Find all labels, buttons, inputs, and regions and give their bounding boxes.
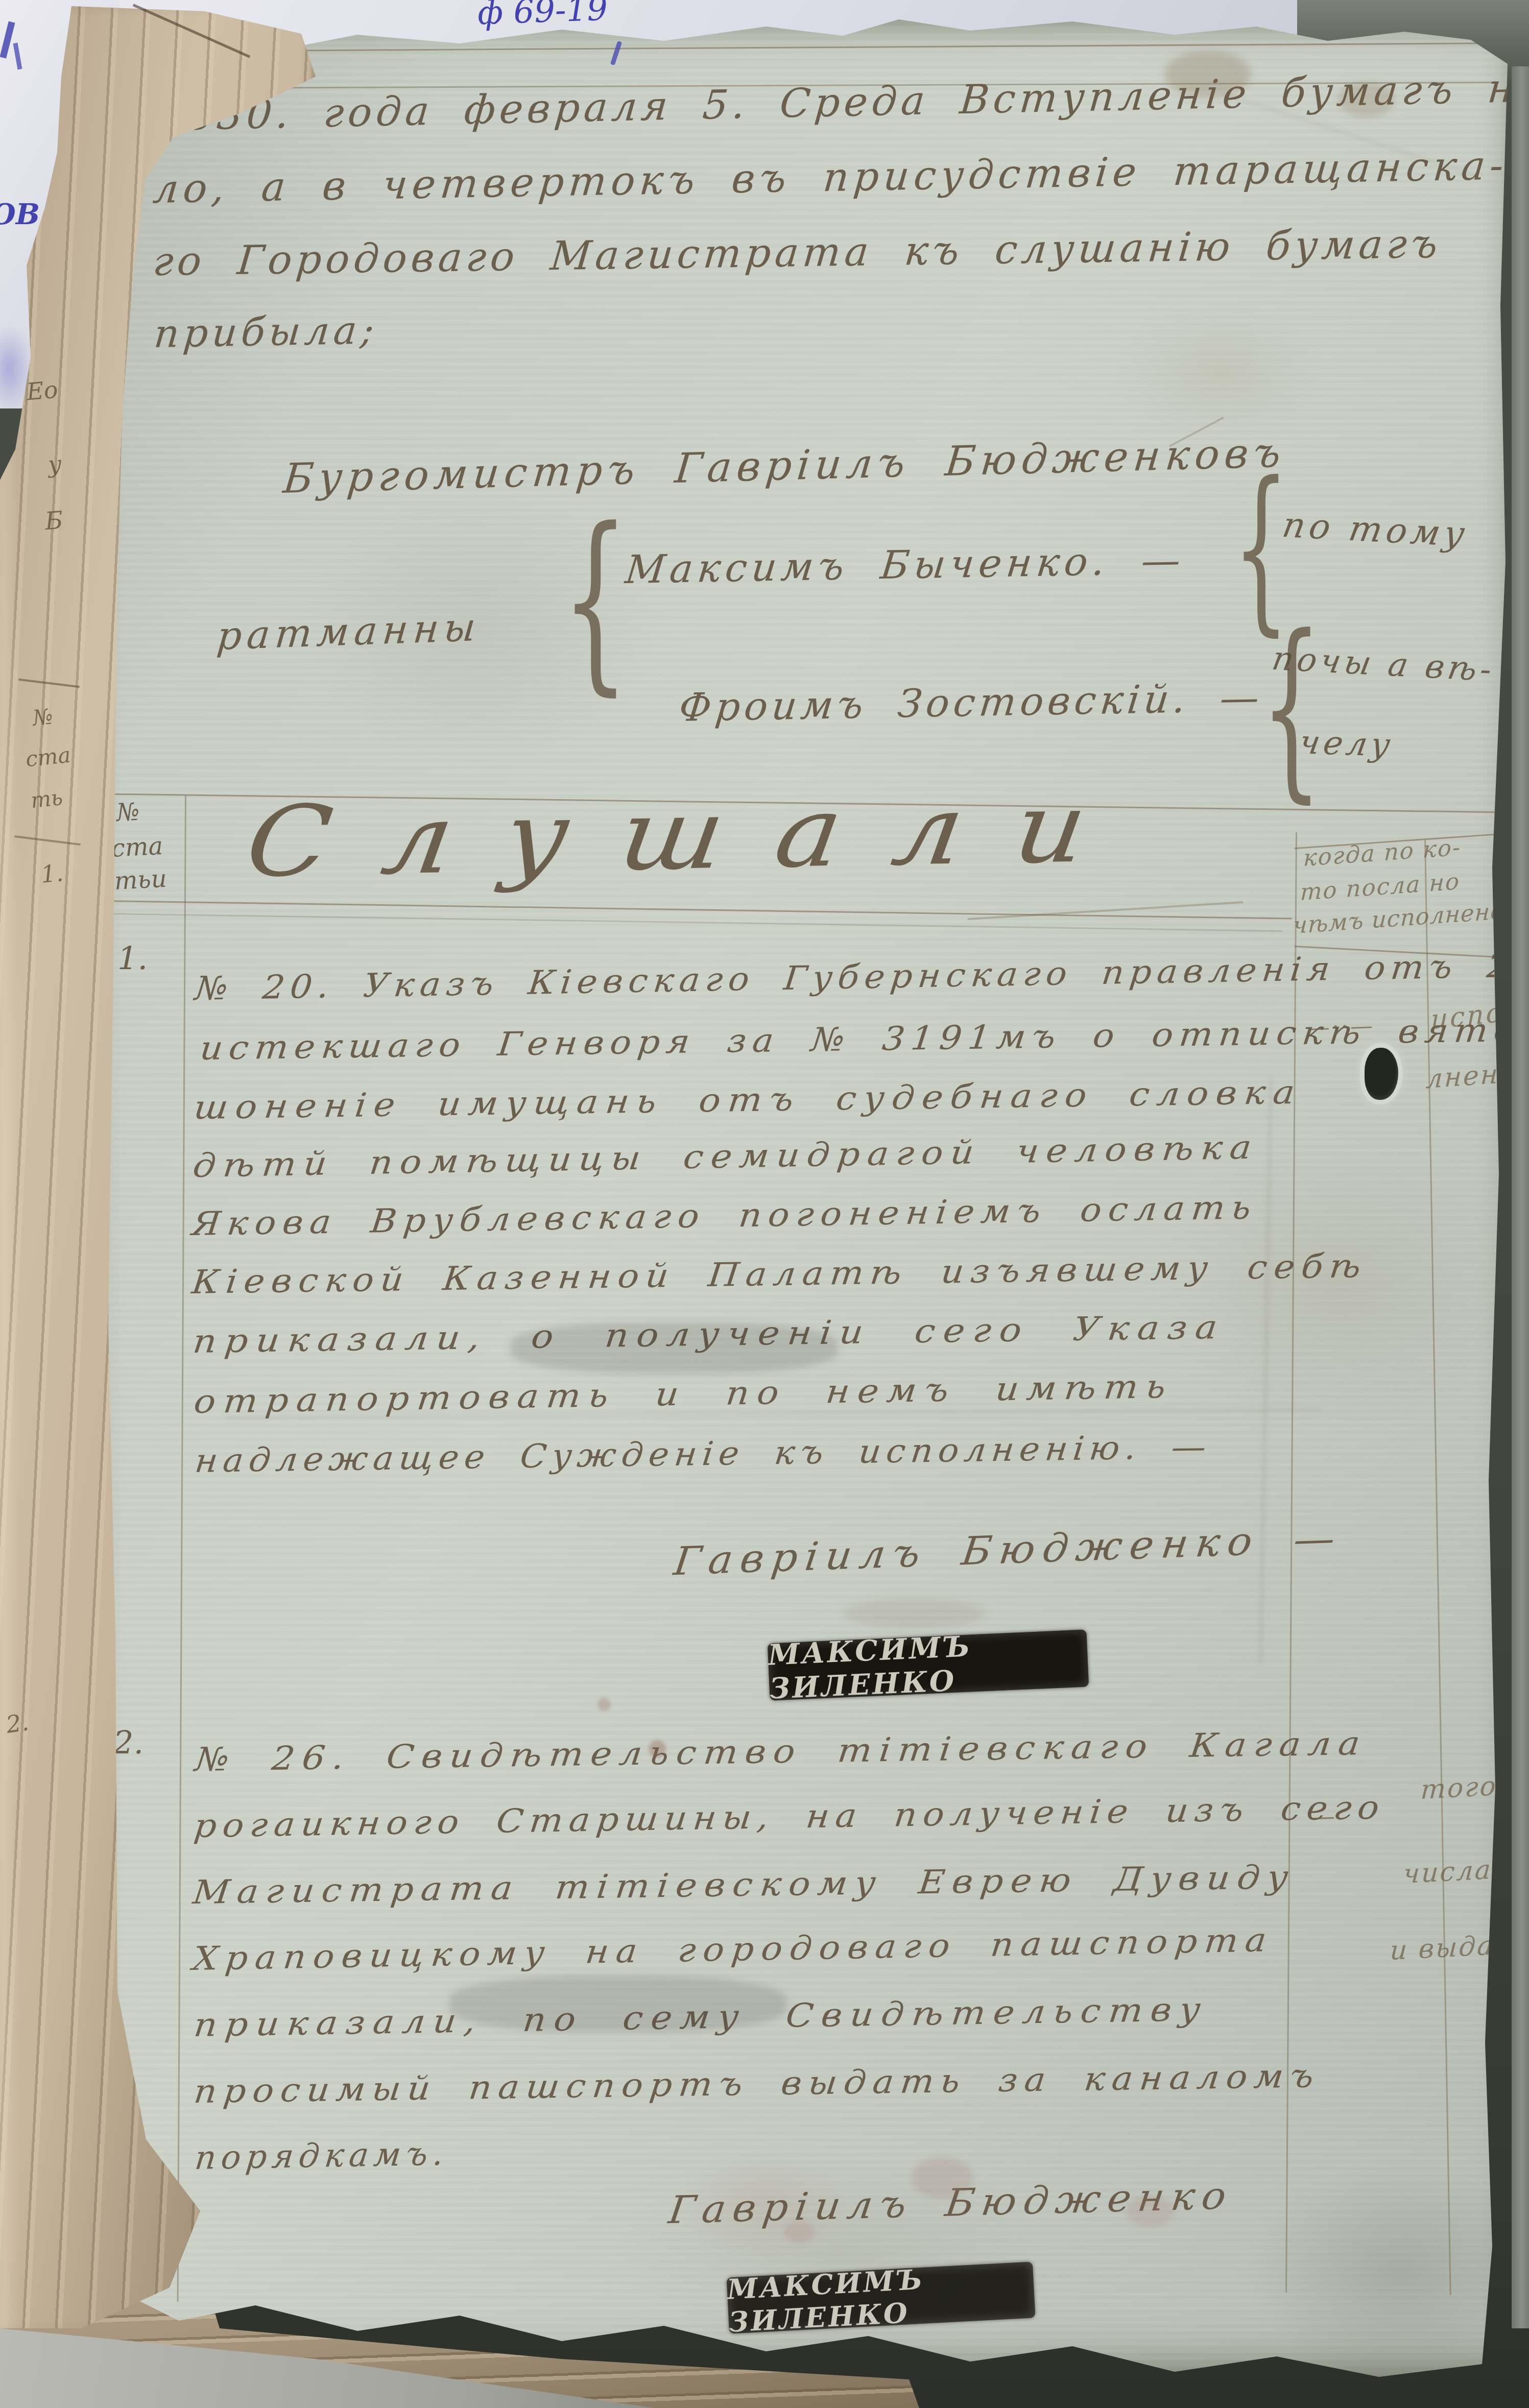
entry-2-line: рогаикного Старшины, на полученіе изъ се…: [193, 1791, 1387, 1843]
article-col-header-2: ста: [111, 834, 163, 861]
article-col-header-1: №: [116, 800, 140, 825]
stain: [1338, 82, 1394, 117]
left-page-fragment: 1.: [40, 861, 64, 886]
burgomaster-line: Бургомистръ Гавріилъ Бюдженковъ: [281, 432, 1287, 499]
stain: [1164, 51, 1251, 97]
left-page-fragment: ста: [25, 744, 71, 770]
ink-stamp-1: МАКСИМЪ ЗИЛЕНКО: [768, 1629, 1089, 1700]
stain: [598, 1698, 611, 1711]
entry-2-line: порядкамъ.: [194, 2137, 450, 2175]
scanned-archive-photo: { "colors": { "ink": "#5d4f3c", "paper":…: [0, 0, 1529, 2408]
ink-smudge: [449, 1976, 786, 2032]
margin-note-dash-1: —··—: [1307, 1015, 1375, 1040]
brace-icon: {: [1260, 610, 1322, 804]
entry-1-line: дѣтй помѣщицы семидрагой человѣка: [192, 1131, 1260, 1183]
entry-1-line: Якова Врублевскаго погоненіемъ ослать: [190, 1191, 1259, 1241]
signature-1: Гавріилъ Бюдженко —: [672, 1519, 1345, 1581]
intro-line-2: ло, а в четвертокъ въ присудствіе тараща…: [152, 146, 1510, 209]
left-page-fragment: Б: [44, 508, 64, 534]
stain: [784, 2221, 815, 2243]
left-page-fragment: №: [32, 706, 54, 729]
left-page-fragment: у: [47, 452, 62, 476]
entry-2-line: просимый пашспортъ выдать за каналомъ: [193, 2060, 1322, 2108]
entry-2-line: Храповицкому на городоваго пашспорта: [192, 1924, 1275, 1976]
left-page-fragment: 2.: [5, 1710, 30, 1737]
ink-smudge: [511, 1322, 838, 1374]
intro-line-3: го Городоваго Магистрата къ слушанію бум…: [151, 224, 1443, 282]
entry-1-line: Кіевской Казенной Палатѣ изъявшему себѣ: [190, 1250, 1369, 1299]
entry-2-line: № 26. Свидѣтельство тітіевскаго Кагала: [194, 1727, 1369, 1776]
resolution-note-line2: челу: [1297, 726, 1396, 762]
table-rule-article-col: [177, 796, 186, 2302]
blue-ink-tail: [610, 41, 622, 65]
brace-icon: {: [561, 503, 629, 697]
slushali-header: Слушали: [241, 778, 1145, 891]
left-page-fragment: Ео: [26, 377, 59, 403]
blue-archival-code: ф 69-19: [477, 0, 608, 30]
blue-letters: ОВ: [0, 200, 40, 229]
crease: [1259, 1077, 1273, 1665]
right-page-sliver: [1512, 66, 1529, 2328]
ratman-label: ратманны: [216, 608, 483, 656]
right-col-header-2: то посла но: [1300, 870, 1461, 904]
margin-note-dash-2: —: [1311, 1804, 1337, 1828]
left-page-fragment: ть: [30, 787, 64, 811]
entry-1-line: надлежащее Сужденіе къ исполненію. —: [194, 1431, 1213, 1478]
paper-hole: [1365, 1048, 1398, 1100]
intro-line-4: прибыла;: [153, 310, 380, 353]
entry-number-2: 2.: [113, 1727, 144, 1759]
ink-stamp-2: МАКСИМЪ ЗИЛЕНКО: [727, 2261, 1036, 2333]
right-col-header-1: когда по ко-: [1303, 835, 1462, 870]
article-col-header-3: тьи: [114, 866, 168, 894]
entry-1-line: № 20. Указъ Кіевскаго Губернскаго правле…: [194, 948, 1529, 1005]
member-name-1: Максимъ Быченко. —: [624, 541, 1187, 589]
margin-note-2b: числа: [1403, 1857, 1493, 1888]
member-name-2: Фроимъ Зостовскій. —: [677, 678, 1265, 727]
entry-number-1: 1.: [117, 943, 148, 974]
resolution-note-top: по тому: [1280, 508, 1471, 552]
table-rule-right-col2: [1424, 840, 1451, 2295]
manuscript-page: 1830. года февраля 5. Среда Вступленіе б…: [71, 15, 1524, 2379]
entry-1-line: шоненіе имущань отъ судебнаго словка: [193, 1076, 1304, 1124]
stain: [912, 2157, 973, 2198]
stain: [649, 1740, 666, 1757]
stain: [843, 1598, 986, 1629]
entry-2-line: Магистрата тітіевскому Еврею Дувиду: [192, 1861, 1297, 1909]
stain: [1126, 2196, 1175, 2227]
right-col-header-3: чѣмъ исполнено: [1293, 899, 1505, 937]
